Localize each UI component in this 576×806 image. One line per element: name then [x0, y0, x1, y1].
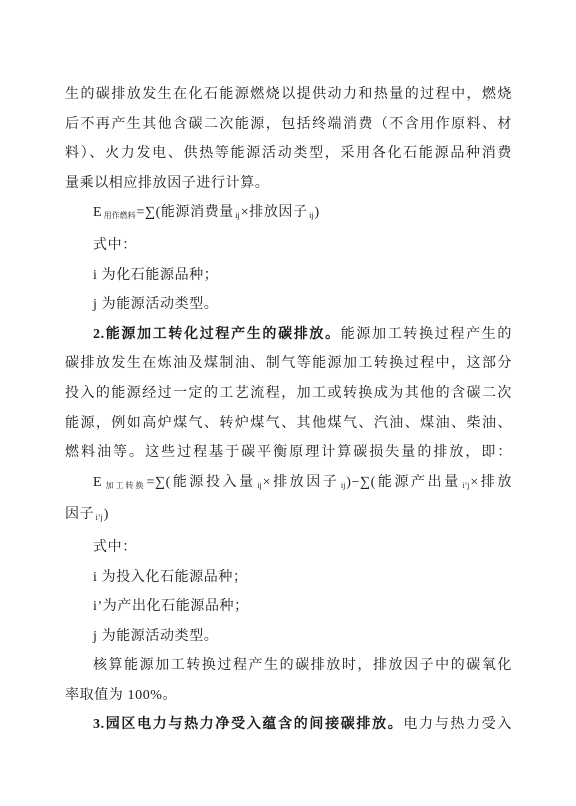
text-line: i 为投入化石能源品种； — [65, 563, 512, 593]
text-run: ) — [314, 205, 319, 220]
text-run: 能源，例如高炉煤气、转炉煤气、其他煤气、汽油、煤油、柴油、 — [65, 416, 512, 431]
formula-subscript: ij — [341, 481, 345, 490]
text-run: j 为能源活动类型。 — [93, 297, 218, 312]
text-run: 投入的能源经过一定的工艺流程，加工或转换成为其他的含碳二次 — [65, 386, 512, 401]
text-run: 核算能源加工转换过程产生的碳排放时，排放因子中的碳氧化 — [93, 658, 512, 673]
text-run: 燃料油等。这些过程基于碳平衡原理计算碳损失量的排放，即： — [65, 445, 512, 460]
text-run: ×排放因子 — [241, 205, 308, 220]
text-run: ×排放因子 — [263, 475, 340, 490]
text-line: 燃料油等。这些过程基于碳平衡原理计算碳损失量的排放，即： — [65, 438, 512, 468]
text-run: 量乘以相应排放因子进行计算。 — [65, 176, 269, 191]
text-run: 式中： — [93, 238, 137, 253]
text-line: 量乘以相应排放因子进行计算。 — [65, 169, 512, 199]
text-run: 2.能源加工转化过程产生的碳排放。 — [93, 327, 341, 342]
text-line: 2.能源加工转化过程产生的碳排放。能源加工转换过程产生的 — [65, 320, 512, 350]
text-line: E加工转换=∑(能源投入量ij×排放因子ij)−∑(能源产出量i’j×排放 — [65, 468, 512, 501]
text-run: i 为化石能源品种； — [93, 268, 218, 283]
text-run: 后不再产生其他含碳二次能源，包括终端消费（不含用作原料、材 — [65, 117, 512, 132]
text-run: j 为能源活动类型。 — [93, 629, 218, 644]
text-run: i’为产出化石能源品种； — [93, 599, 249, 614]
text-line: i 为化石能源品种； — [65, 261, 512, 291]
text-run: ) — [104, 507, 109, 522]
document-text: 生的碳排放发生在化石能源燃烧以提供动力和热量的过程中，燃烧后不再产生其他含碳二次… — [65, 80, 512, 740]
text-run: E — [93, 475, 102, 490]
text-line: 后不再产生其他含碳二次能源，包括终端消费（不含用作原料、材 — [65, 110, 512, 140]
text-line: i’为产出化石能源品种； — [65, 592, 512, 622]
text-line: 3.园区电力与热力净受入蕴含的间接碳排放。电力与热力受入 — [65, 710, 512, 740]
text-run: =∑(能源消费量 — [137, 205, 234, 220]
text-run: ×排放 — [470, 475, 512, 490]
formula-subscript: ij — [257, 481, 261, 490]
text-line: 因子i’j) — [65, 500, 512, 533]
formula-subscript: 用作燃料 — [104, 211, 136, 220]
text-line: 碳排放发生在炼油及煤制油、制气等能源加工转换过程中，这部分 — [65, 349, 512, 379]
text-line: 能源，例如高炉煤气、转炉煤气、其他煤气、汽油、煤油、柴油、 — [65, 409, 512, 439]
text-line: 率取值为 100%。 — [65, 681, 512, 711]
text-run: 因子 — [65, 507, 94, 522]
text-run: 能源加工转换过程产生的 — [341, 327, 512, 342]
text-run: 碳排放发生在炼油及煤制油、制气等能源加工转换过程中，这部分 — [65, 356, 512, 371]
text-line: 式中： — [65, 533, 512, 563]
text-run: i 为投入化石能源品种； — [93, 570, 248, 585]
formula-subscript: ij — [235, 211, 239, 220]
text-run: =∑(能源投入量 — [147, 475, 256, 490]
text-run: )−∑(能源产出量 — [346, 475, 461, 490]
text-line: j 为能源活动类型。 — [65, 290, 512, 320]
text-run: 3.园区电力与热力净受入蕴含的间接碳排放。 — [93, 717, 403, 732]
formula-subscript: 加工转换 — [104, 481, 146, 490]
text-line: 式中： — [65, 231, 512, 261]
text-line: 料）、火力发电、供热等能源活动类型，采用各化石能源品种消费 — [65, 139, 512, 169]
formula-subscript: ij — [309, 211, 313, 220]
formula-subscript: i’j — [96, 513, 103, 522]
text-run: 生的碳排放发生在化石能源燃烧以提供动力和热量的过程中，燃烧 — [65, 87, 512, 102]
text-line: E用作燃料=∑(能源消费量ij×排放因子ij) — [65, 198, 512, 231]
text-run: 电力与热力受入 — [403, 717, 512, 732]
text-line: 生的碳排放发生在化石能源燃烧以提供动力和热量的过程中，燃烧 — [65, 80, 512, 110]
text-run: E — [93, 205, 102, 220]
text-line: 投入的能源经过一定的工艺流程，加工或转换成为其他的含碳二次 — [65, 379, 512, 409]
text-run: 料）、火力发电、供热等能源活动类型，采用各化石能源品种消费 — [65, 146, 512, 161]
text-line: j 为能源活动类型。 — [65, 622, 512, 652]
document-page: 生的碳排放发生在化石能源燃烧以提供动力和热量的过程中，燃烧后不再产生其他含碳二次… — [0, 0, 576, 806]
formula-subscript: i’j — [462, 481, 469, 490]
text-line: 核算能源加工转换过程产生的碳排放时，排放因子中的碳氧化 — [65, 651, 512, 681]
text-run: 式中： — [93, 540, 137, 555]
text-run: 率取值为 100%。 — [65, 688, 177, 703]
